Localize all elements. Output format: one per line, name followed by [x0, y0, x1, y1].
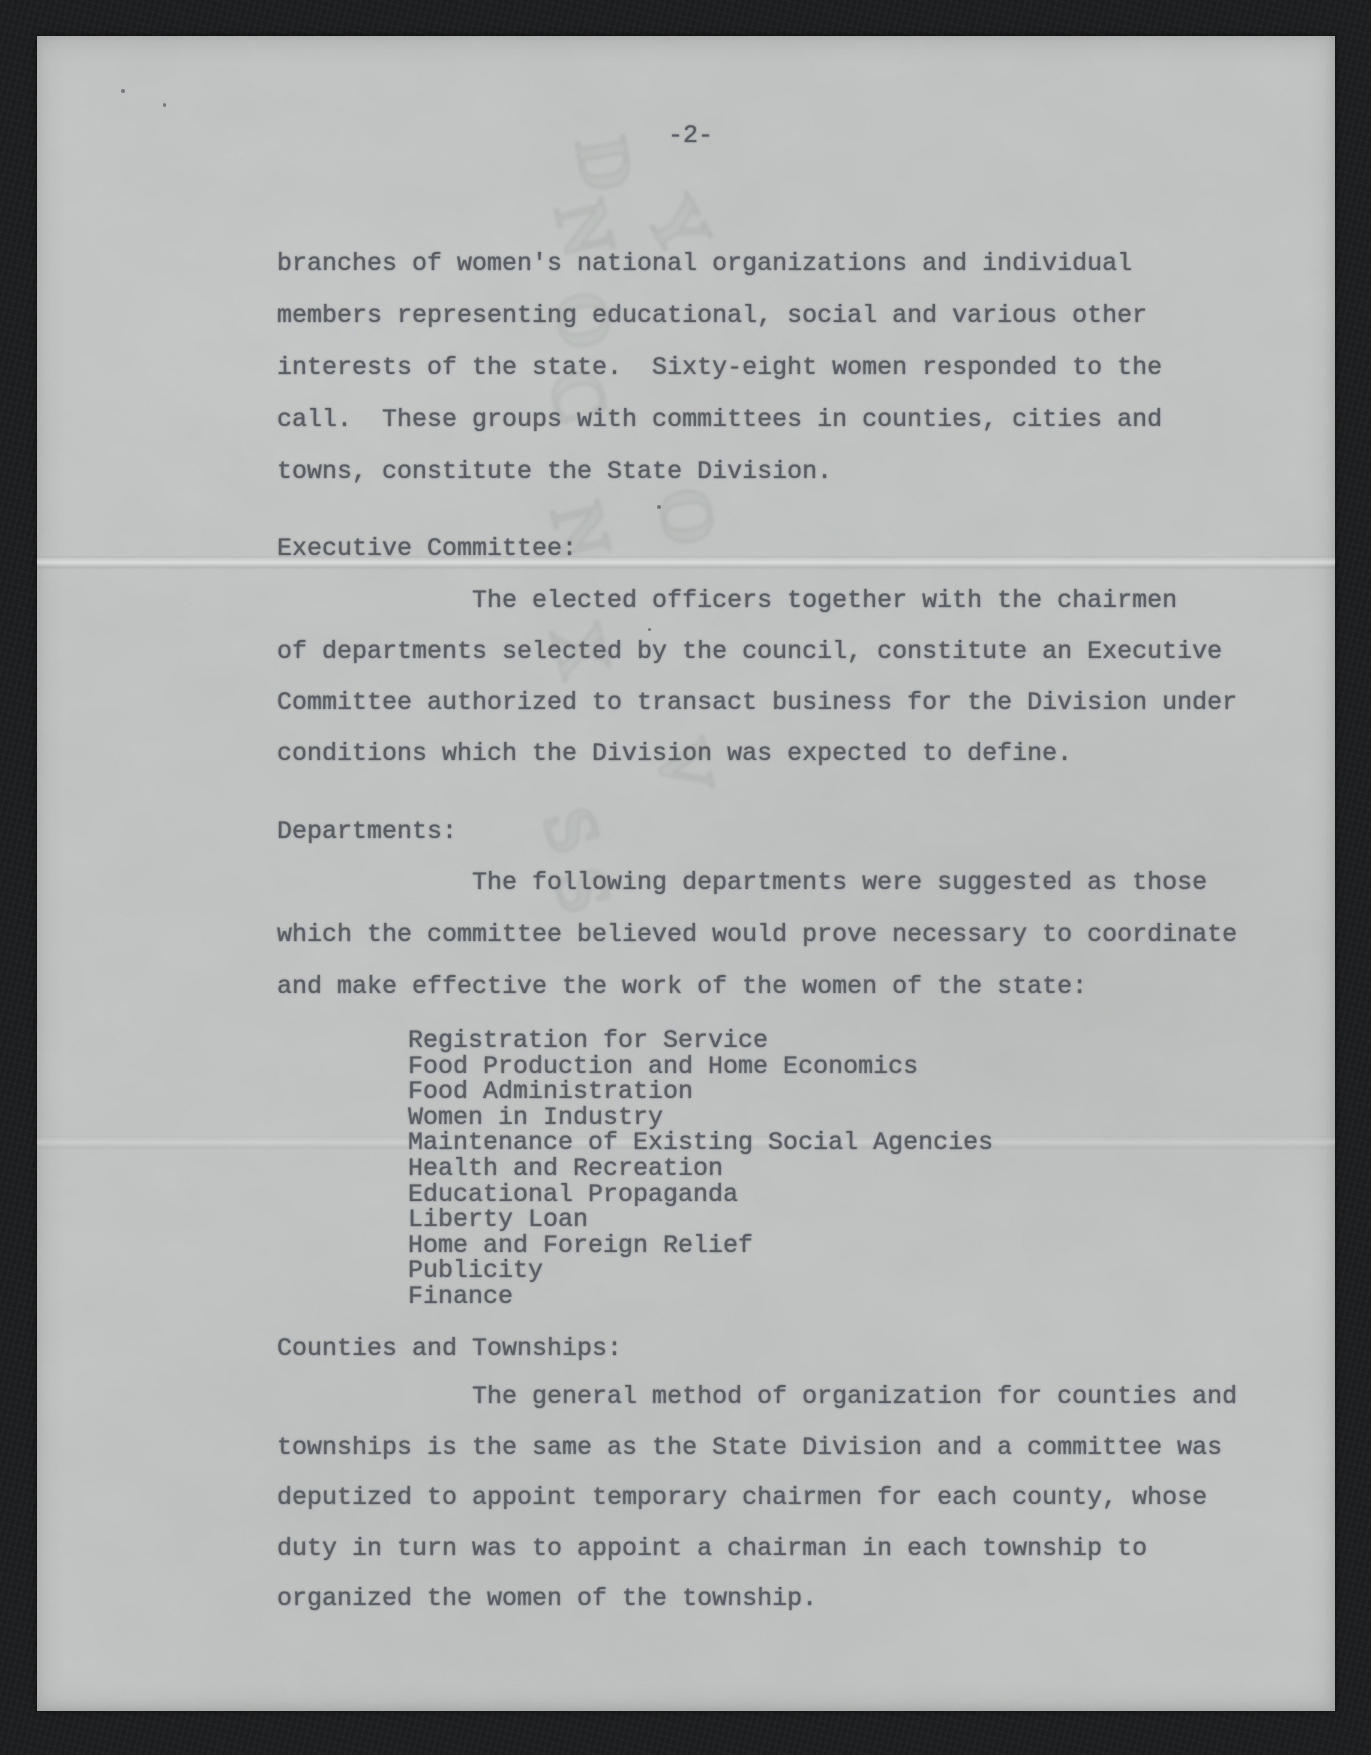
paragraph-counties-townships: The general method of organization for c… [277, 1372, 1237, 1625]
paragraph-departments: The following departments were suggested… [277, 857, 1237, 1013]
text-line: The general method of organization for c… [277, 1372, 1237, 1423]
paper-crease [37, 556, 1335, 570]
heading-counties-townships: Counties and Townships: [277, 1323, 622, 1375]
text-line: and make effective the work of the women… [277, 961, 1237, 1013]
document-page: D N Y O C N O X V S S -2- branches of wo… [37, 36, 1335, 1711]
ink-speck [121, 89, 125, 93]
department-item: Food Administration [408, 1079, 993, 1105]
ink-speck [657, 505, 661, 509]
heading-executive-committee: Executive Committee: [277, 523, 577, 575]
department-item: Liberty Loan [408, 1207, 993, 1233]
department-item: Health and Recreation [408, 1156, 993, 1182]
text-line: towns, constitute the State Division. [277, 446, 1162, 498]
stamp-glyph: S [524, 797, 618, 865]
department-item: Educational Propaganda [408, 1182, 993, 1208]
department-item: Food Production and Home Economics [408, 1054, 993, 1080]
ink-speck [163, 103, 166, 107]
text-line: deputized to appoint temporary chairmen … [277, 1473, 1237, 1524]
text-line: which the committee believed would prove… [277, 909, 1237, 961]
text-line: Committee authorized to transact busines… [277, 677, 1237, 728]
department-item: Women in Industry [408, 1105, 993, 1131]
department-item: Publicity [408, 1258, 993, 1284]
text-line: The elected officers together with the c… [277, 575, 1237, 626]
text-line: members representing educational, social… [277, 290, 1162, 342]
paragraph-intro: branches of women's national organizatio… [277, 238, 1162, 498]
text-line: call. These groups with committees in co… [277, 394, 1162, 446]
scanned-document-scan: D N Y O C N O X V S S -2- branches of wo… [0, 0, 1371, 1755]
text-line: of departments selected by the council, … [277, 626, 1237, 677]
page-number: -2- [668, 110, 713, 162]
department-item: Maintenance of Existing Social Agencies [408, 1130, 993, 1156]
text-line: duty in turn was to appoint a chairman i… [277, 1524, 1237, 1575]
text-line: interests of the state. Sixty-eight wome… [277, 342, 1162, 394]
paragraph-executive-committee: The elected officers together with the c… [277, 575, 1237, 779]
text-line: branches of women's national organizatio… [277, 238, 1162, 290]
text-line: The following departments were suggested… [277, 857, 1237, 909]
department-item: Finance [408, 1284, 993, 1310]
text-line: townships is the same as the State Divis… [277, 1423, 1237, 1474]
text-line: organized the women of the township. [277, 1574, 1237, 1625]
department-item: Registration for Service [408, 1028, 993, 1054]
department-item: Home and Foreign Relief [408, 1233, 993, 1259]
heading-departments: Departments: [277, 806, 457, 858]
departments-list: Registration for ServiceFood Production … [408, 1028, 993, 1310]
text-line: conditions which the Division was expect… [277, 728, 1237, 779]
stamp-glyph: D [557, 131, 650, 198]
